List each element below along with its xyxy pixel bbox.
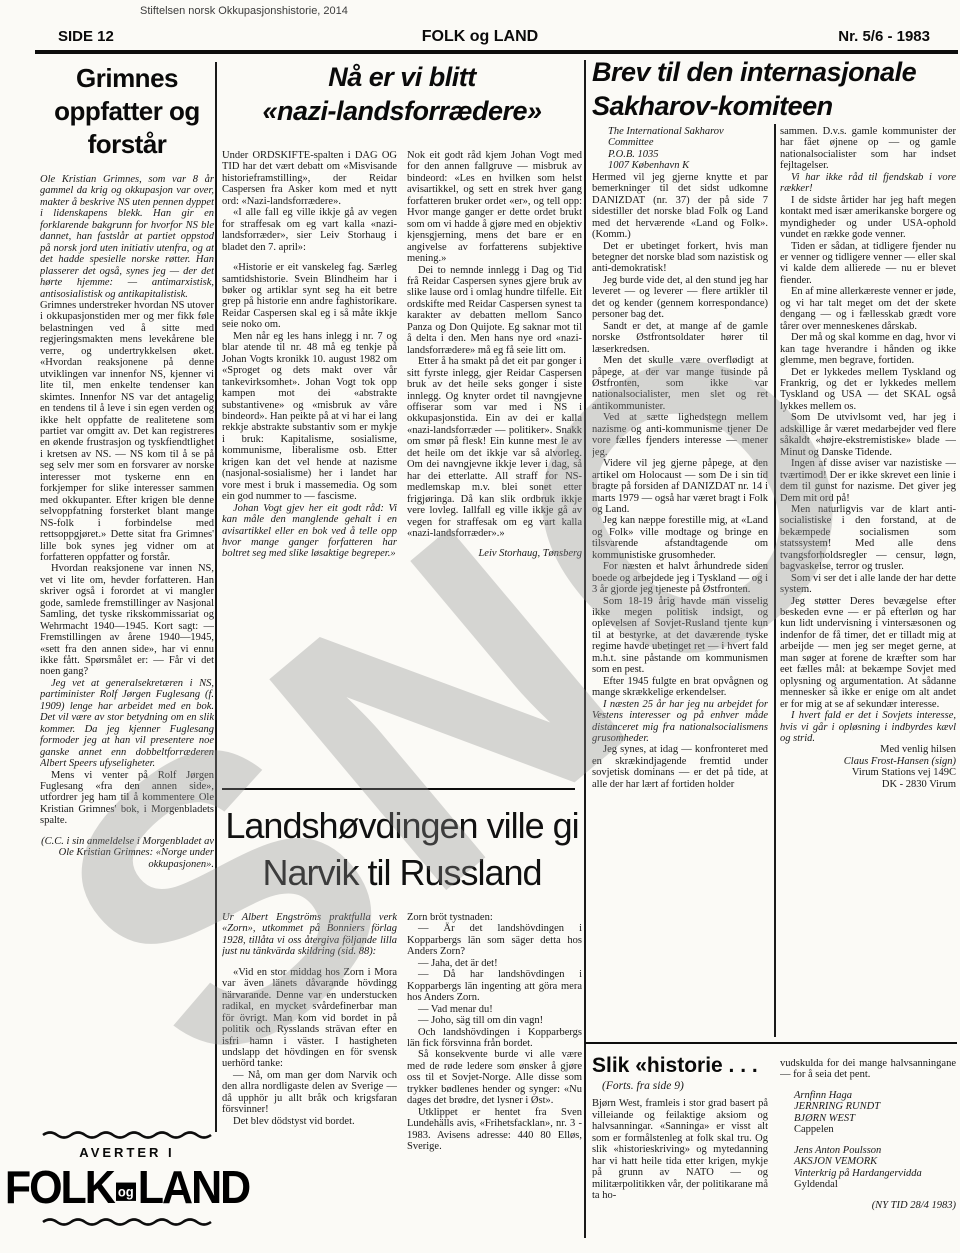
title-line-2: «nazi-landsforrædere» xyxy=(222,94,582,128)
paragraph: Ur Albert Engströms praktfulla verk «Zor… xyxy=(222,912,397,958)
paragraph: Zorn bröt tystnaden: xyxy=(407,912,582,923)
paragraph: Johan Vogt gjev her eit godt råd: Vi kan… xyxy=(222,503,397,560)
article-body-narvik: Ur Albert Engströms praktfulla verk «Zor… xyxy=(222,912,582,1242)
advert-folk-og-land: AVERTER I FOLK og LAND xyxy=(38,1130,216,1226)
paragraph: Hvordan reaksjonene var innen NS, vet vi… xyxy=(40,563,214,678)
newspaper-page: Stiftelsen norsk Okkupasjonshistorie, 20… xyxy=(0,0,960,1253)
advert-caption: AVERTER I xyxy=(38,1145,216,1160)
paragraph: For næsten et halvt århundrede siden boe… xyxy=(592,561,768,595)
paragraph: Jeg synes, at idag — konfronteret med en… xyxy=(592,744,768,790)
paragraph: Dei to nemnde innlegg i Dag og Tid frå R… xyxy=(407,265,582,357)
paragraph: Vi har ikke råd til fjendskab i vore ræk… xyxy=(780,172,956,195)
paragraph: Hermed vil jeg gjerne knytte et par beme… xyxy=(592,172,768,241)
paragraph: Ved at sætte lighedstegn mellem nazisme … xyxy=(592,412,768,458)
paragraph: Men når eg les hans inlegg i nr. 7 og bl… xyxy=(222,331,397,503)
paragraph: DK - 2830 Virum xyxy=(780,779,956,790)
title-line-1: Brev til den internasjonale xyxy=(592,55,958,89)
paragraph: AKSJON VEMORK xyxy=(794,1156,956,1167)
column-rule-left xyxy=(215,62,217,1132)
title-line-1: Nå er vi blitt xyxy=(222,60,582,94)
paragraph: Videre vil jeg gjerne påpege, at den art… xyxy=(592,458,768,515)
wavy-rule-bottom xyxy=(41,1217,213,1226)
paragraph: (NY TID 28/4 1983) xyxy=(780,1200,956,1211)
paragraph: Claus Frost-Hansen (sign) xyxy=(780,756,956,767)
masthead: FOLK og LAND xyxy=(0,28,960,46)
archive-stamp: Stiftelsen norsk Okkupasjonshistorie, 20… xyxy=(140,5,348,17)
paragraph: Det blev dödstyst vid bordet. xyxy=(222,1116,397,1127)
paragraph: Jeg kan næppe forestille mig, at «Land o… xyxy=(592,515,768,561)
paragraph: Ingen af disse aviser var nazistiske — t… xyxy=(780,458,956,504)
paragraph: Virum Stations vej 149C xyxy=(780,767,956,778)
sakharov-column-2: sammen. D.v.s. gamle kommunister der har… xyxy=(780,126,956,1036)
paragraph: The International Sakharov Committee xyxy=(608,126,768,149)
paragraph: Vinterkrig på Hardangervidda xyxy=(794,1168,956,1179)
paragraph: — Jaha, det är det! xyxy=(407,958,582,969)
article-title-narvik: Landshøvdingen ville gi Narvik til Russl… xyxy=(222,802,582,896)
narvik-column-2: Zorn bröt tystnaden:— Är det landshövdin… xyxy=(407,912,582,1242)
article-subtitle-slik: (Forts. fra side 9) xyxy=(602,1081,768,1092)
paragraph: Cappelen xyxy=(794,1124,956,1135)
header-rule xyxy=(35,50,958,54)
paragraph: Arnfinn Haga xyxy=(794,1090,956,1101)
paragraph: Ole Kristian Grimnes, som var 8 år gamme… xyxy=(40,174,214,300)
paragraph: sammen. D.v.s. gamle kommunister der har… xyxy=(780,126,956,172)
article-title-nazi: Nå er vi blitt «nazi-landsforrædere» xyxy=(222,60,582,128)
paragraph: (C.C. i sin anmeldelse i Morgenbladet av… xyxy=(40,836,214,870)
paragraph: Nok eit godt råd kjem Johan Vogt med for… xyxy=(407,150,582,265)
logo-og: og xyxy=(116,1183,136,1201)
paragraph: Jeg burde vide det, al den stund jeg har… xyxy=(592,275,768,321)
paragraph: Leiv Storhaug, Tønsberg xyxy=(407,548,582,559)
article-title-grimnes: Grimnes oppfatter og forstår xyxy=(38,62,216,161)
paragraph: Tiden er sådan, at tidligere fjender nu … xyxy=(780,241,956,287)
paragraph: Etter å ha smakt på det eit par gonger i… xyxy=(407,356,582,539)
section-rule-narvik xyxy=(222,788,575,790)
sakharov-column-1: The International Sakharov CommitteeP.O.… xyxy=(592,126,768,1036)
paragraph: — Nå, om man ger dom Narvik och den allr… xyxy=(222,1070,397,1116)
title-line-2: Sakharov-komiteen xyxy=(592,89,958,123)
article-title-slik: Slik «historie . . . xyxy=(592,1054,768,1078)
title-line-2: Narvik til Russland xyxy=(222,849,582,896)
paragraph: BJØRN WEST xyxy=(794,1113,956,1124)
column-rule-right xyxy=(774,124,776,1037)
paragraph: Under ORDSKIFTE-spalten i DAG OG TID har… xyxy=(222,150,397,207)
paragraph: — Är det landshövdingen i Kopparbergs lä… xyxy=(407,923,582,957)
slik-column-1: Slik «historie . . . (Forts. fra side 9)… xyxy=(592,1054,768,1246)
issue-number: Nr. 5/6 - 1983 xyxy=(838,28,930,45)
article-body-grimnes: Ole Kristian Grimnes, som var 8 år gamme… xyxy=(40,174,214,1124)
article-title-sakharov: Brev til den internasjonale Sakharov-kom… xyxy=(592,55,958,123)
wavy-rule-top xyxy=(41,1130,213,1139)
paragraph: I hvert fald er det i Sovjets interesse,… xyxy=(780,710,956,744)
paragraph: P.O.B. 1035 xyxy=(608,149,768,160)
paragraph: — Då har landshövdingen i Kopparbergs lä… xyxy=(407,969,582,1003)
paragraph: Utklippet er hentet fra Sven Lundehälls … xyxy=(407,1107,582,1153)
paragraph: «Vid en stor middag hos Zorn i Mora var … xyxy=(222,967,397,1070)
paragraph: Det er ubetinget forkert, hvis man beteg… xyxy=(592,241,768,275)
paragraph: I de sidste årtider har jeg haft megen k… xyxy=(780,195,956,241)
paragraph: «I alle fall eg ville ikkje gå av vegen … xyxy=(222,207,397,253)
paragraph: Gyldendal xyxy=(794,1179,956,1190)
paragraph: — Vad menar du! xyxy=(407,1004,582,1015)
nazi-column-1: Under ORDSKIFTE-spalten i DAG OG TID har… xyxy=(222,150,397,772)
paragraph: Så konsekvente burde vi alle være med de… xyxy=(407,1049,582,1106)
paragraph: Bjørn West, framleis i stor grad basert … xyxy=(592,1098,768,1201)
paragraph: — Joho, säg till om din vagn! xyxy=(407,1015,582,1026)
paragraph: Jens Anton Poulsson xyxy=(794,1145,956,1156)
paragraph: vudskulda for dei mange halvsanningane —… xyxy=(780,1058,956,1081)
paragraph: Det er lykkedes mellem Tyskland og Frank… xyxy=(780,367,956,413)
article-body-nazi: Under ORDSKIFTE-spalten i DAG OG TID har… xyxy=(222,150,582,772)
paragraph: Med venlig hilsen xyxy=(780,744,956,755)
column-rule-middle xyxy=(584,60,586,1238)
paragraph: Jeg støtter Deres bevægelse efter besked… xyxy=(780,596,956,711)
paragraph: Som vi ser det i alle lande der har dett… xyxy=(780,573,956,596)
paragraph: «Historie er eit vanskeleg fag. Særleg s… xyxy=(222,262,397,331)
paragraph: Mens vi venter på Rolf Jørgen Fuglesang … xyxy=(40,770,214,827)
paragraph: Men naturligvis var de klart anti-social… xyxy=(780,504,956,573)
title-line-1: Landshøvdingen ville gi xyxy=(222,802,582,849)
paragraph: Och landshövdingen i Kopparbergs län fic… xyxy=(407,1027,582,1050)
section-rule-slik xyxy=(585,1042,957,1044)
paragraph: JERNRING RUNDT xyxy=(794,1101,956,1112)
slik-column-2: vudskulda for dei mange halvsanningane —… xyxy=(780,1058,956,1248)
folk-og-land-logo: FOLK og LAND xyxy=(38,1162,216,1215)
paragraph: Som 18-19 årig havde man visselig ikke m… xyxy=(592,596,768,676)
paragraph: Jeg vet at generalsekretæren i NS, parti… xyxy=(40,678,214,770)
paragraph: En af mine allerkæreste venner er jøde, … xyxy=(780,286,956,332)
paragraph: Efter 1945 fulgte en brat opvågnen og ma… xyxy=(592,676,768,699)
slik-column-1-text: Bjørn West, framleis i stor grad basert … xyxy=(592,1098,768,1201)
paragraph: Som De utvivlsomt ved, har jeg i adskill… xyxy=(780,412,956,458)
nazi-column-2: Nok eit godt råd kjem Johan Vogt med for… xyxy=(407,150,582,772)
logo-folk: FOLK xyxy=(5,1162,114,1215)
paragraph: I næsten 25 år har jeg nu arbejdet for V… xyxy=(592,699,768,745)
paragraph: Sandt er det, at mange af de gamle norsk… xyxy=(592,321,768,355)
paragraph: Der må og skal komme en dag, hvor vi kan… xyxy=(780,332,956,366)
paragraph: 1007 København K xyxy=(608,160,768,171)
paragraph: Grimnes understreker hvordan NS utover i… xyxy=(40,300,214,563)
narvik-column-1: Ur Albert Engströms praktfulla verk «Zor… xyxy=(222,912,397,1242)
paragraph: Men det skulle være overflødigt at påpeg… xyxy=(592,355,768,412)
